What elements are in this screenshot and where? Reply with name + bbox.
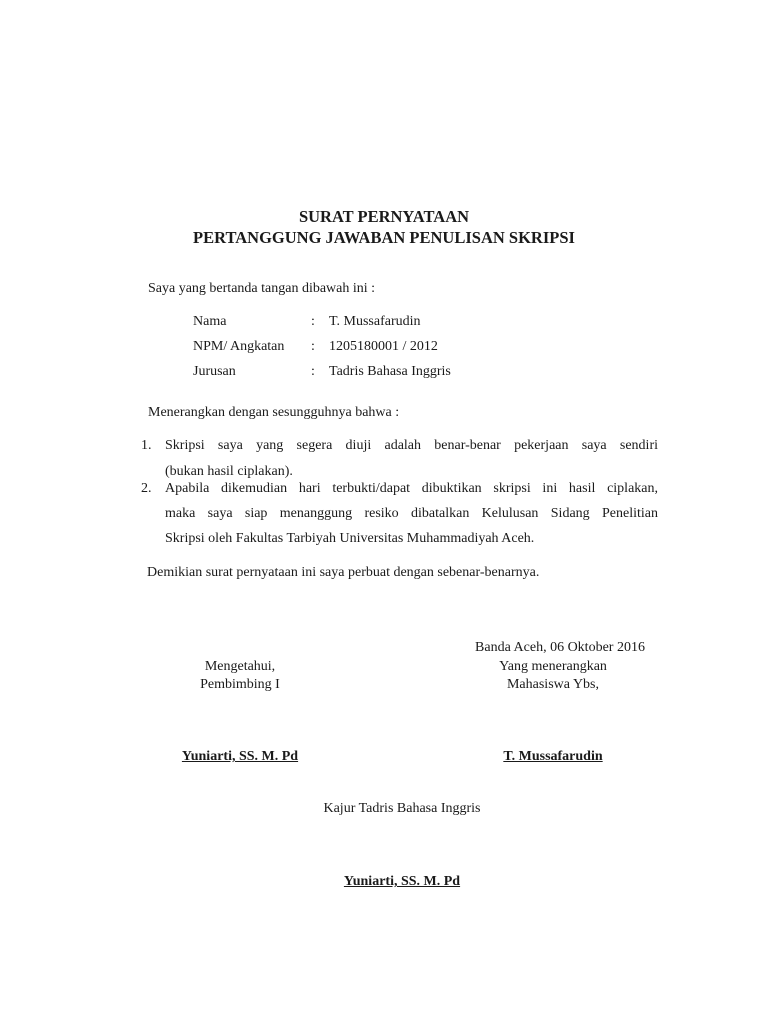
field-label-nama: Nama [193,314,226,330]
list-item-line: maka saya siap menanggung resiko dibatal… [165,506,658,522]
right-sign-line2: Mahasiswa Ybs, [433,677,673,693]
place-date: Banda Aceh, 06 Oktober 2016 [440,640,680,656]
left-sign-line1: Mengetahui, [120,659,360,675]
intro-text: Saya yang bertanda tangan dibawah ini : [148,281,375,297]
right-sign-line1: Yang menerangkan [433,659,673,675]
right-signatory-name: T. Mussafarudin [433,749,673,765]
field-label-jurusan: Jurusan [193,364,236,380]
field-separator: : [311,314,315,330]
list-number: 2. [141,481,152,497]
field-value-npm: 1205180001 / 2012 [329,339,438,355]
document-subtitle: PERTANGGUNG JAWABAN PENULISAN SKRIPSI [0,228,768,248]
statement-intro: Menerangkan dengan sesungguhnya bahwa : [148,405,399,421]
left-sign-line2: Pembimbing I [120,677,360,693]
list-item-line: Skripsi saya yang segera diuji adalah be… [165,438,658,454]
list-item-line: Skripsi oleh Fakultas Tarbiyah Universit… [165,531,658,547]
field-value-nama: T. Mussafarudin [329,314,421,330]
field-label-npm: NPM/ Angkatan [193,339,284,355]
left-signatory-name: Yuniarti, SS. M. Pd [120,749,360,765]
bottom-sign-role: Kajur Tadris Bahasa Inggris [282,801,522,817]
document-title: SURAT PERNYATAAN [0,207,768,227]
list-item-line: (bukan hasil ciplakan). [165,464,658,480]
field-separator: : [311,364,315,380]
bottom-signatory-name: Yuniarti, SS. M. Pd [282,874,522,890]
closing-text: Demikian surat pernyataan ini saya perbu… [147,565,539,581]
field-value-jurusan: Tadris Bahasa Inggris [329,364,451,380]
list-item-line: Apabila dikemudian hari terbukti/dapat d… [165,481,658,497]
field-separator: : [311,339,315,355]
list-number: 1. [141,438,152,454]
